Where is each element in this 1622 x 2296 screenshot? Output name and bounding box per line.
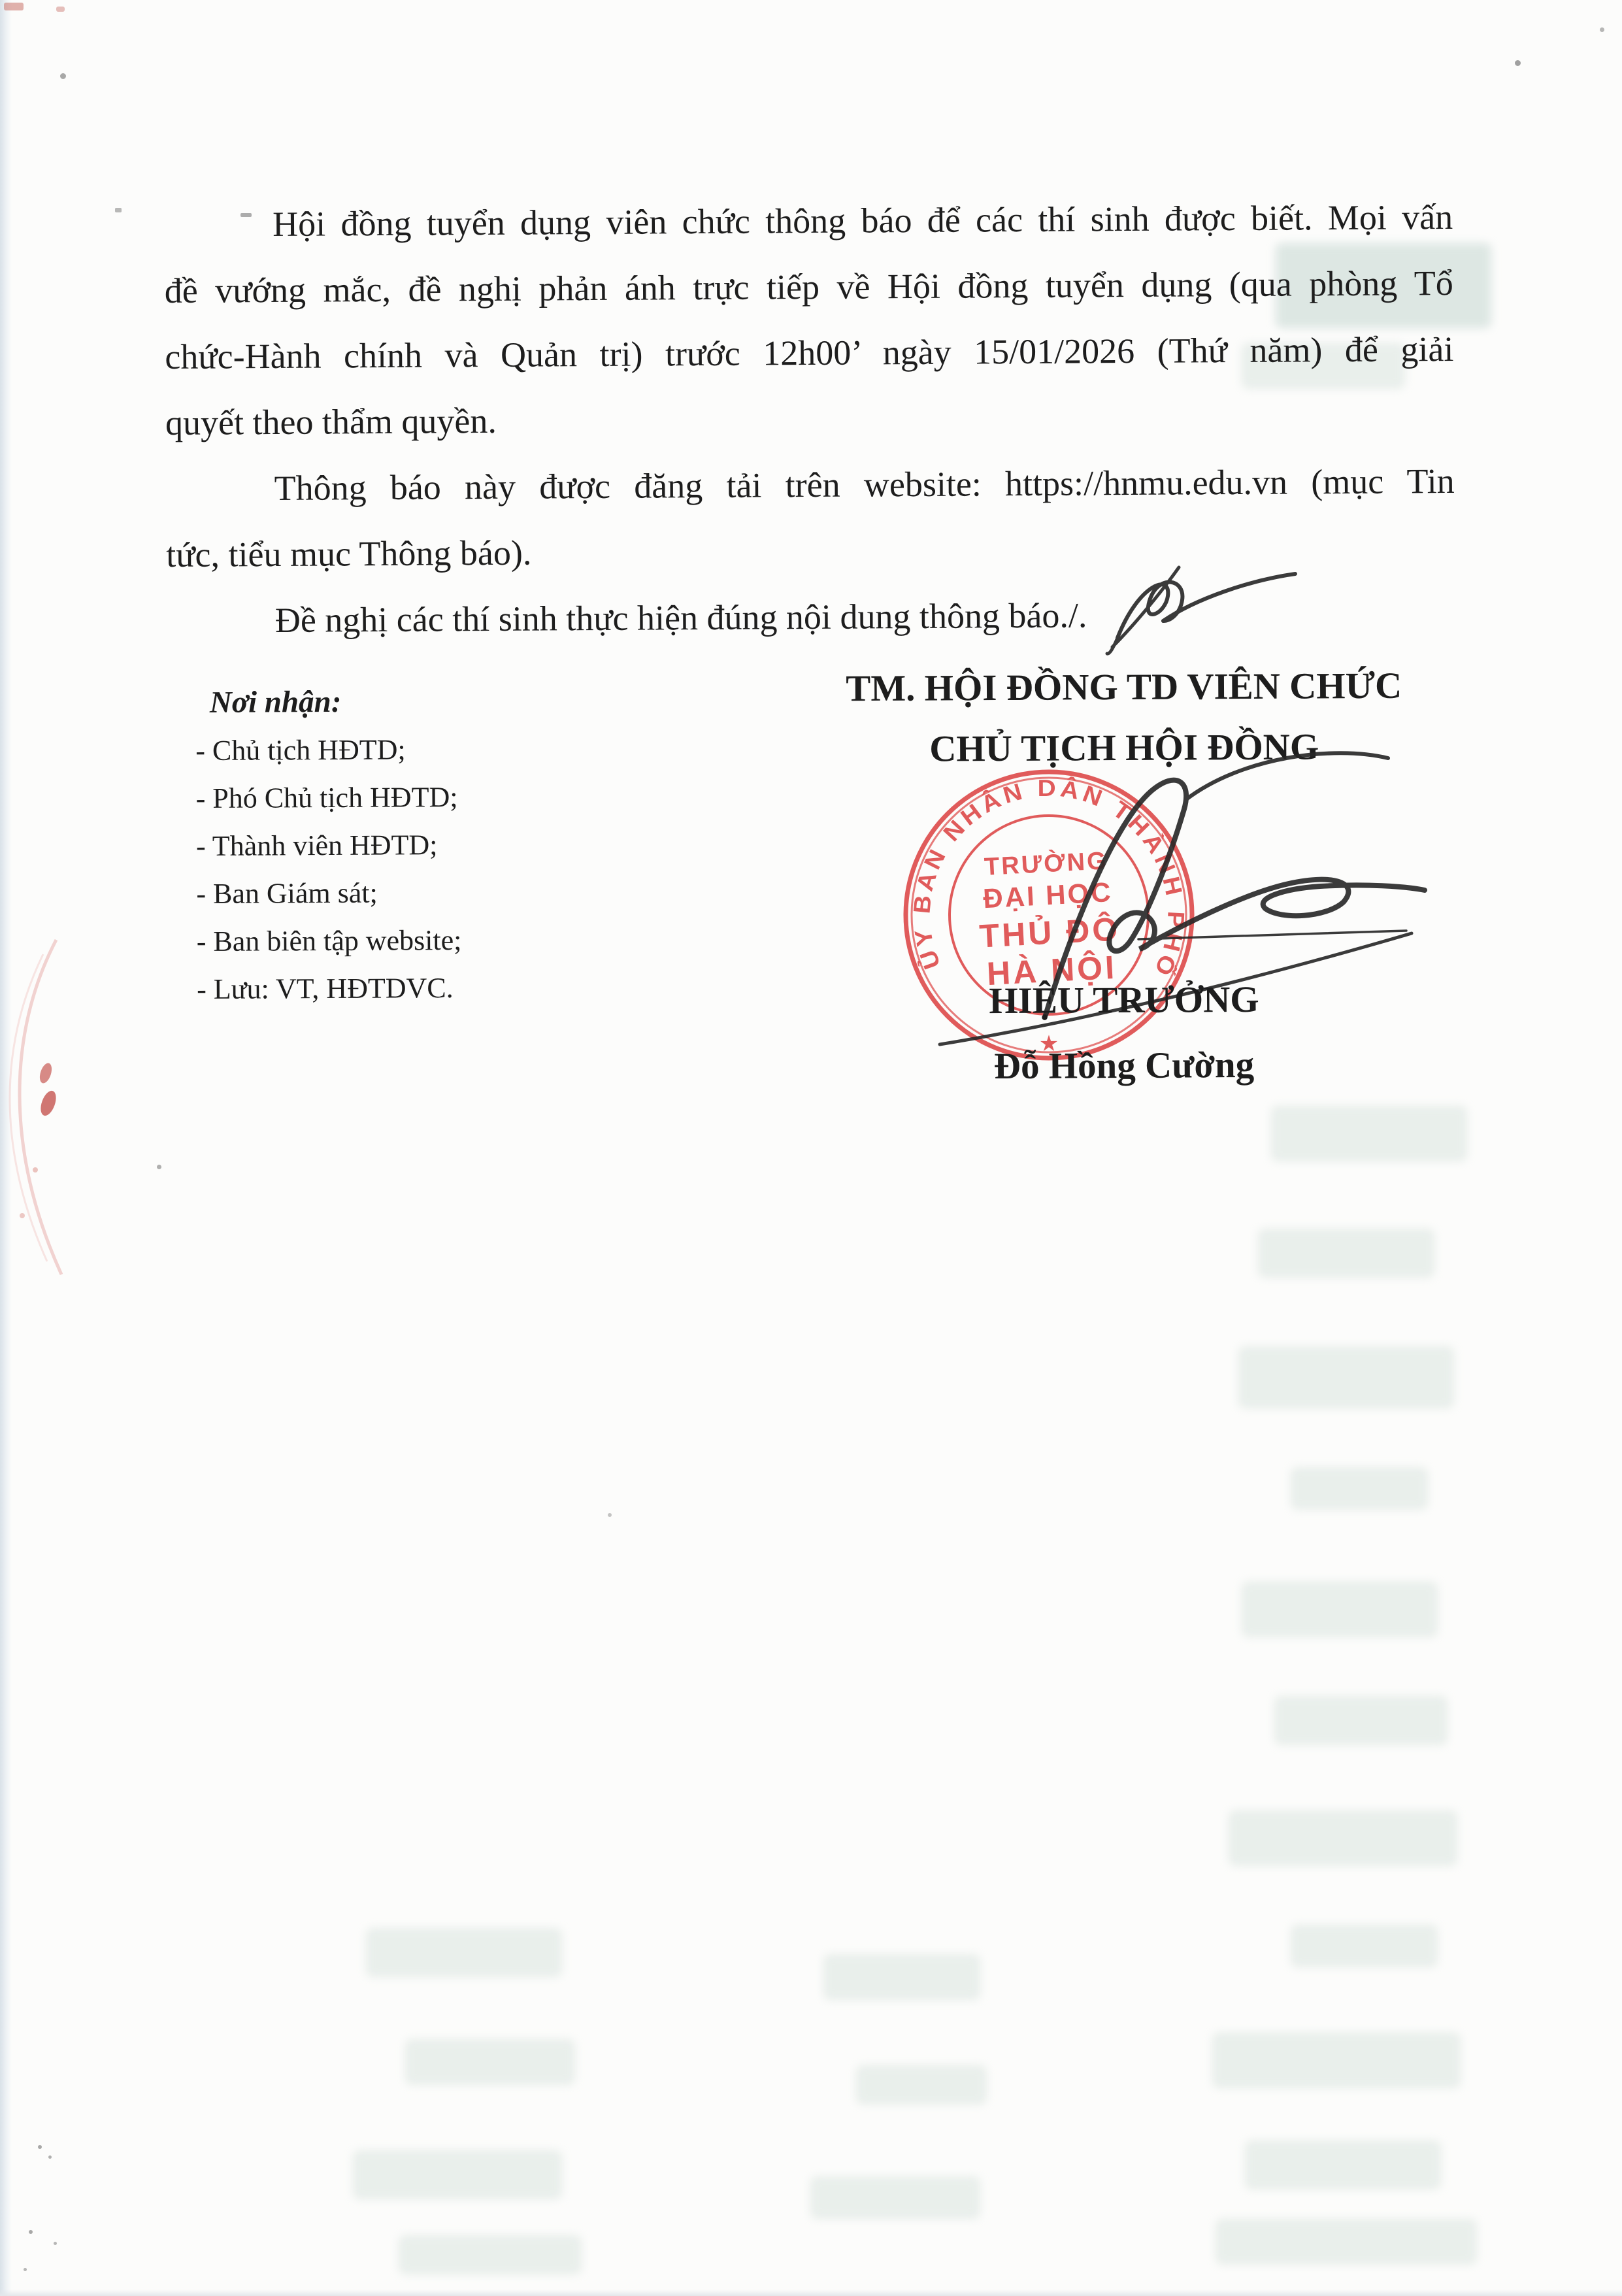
scan-edge-bottom bbox=[0, 2289, 1622, 2296]
scan-speck bbox=[29, 2230, 33, 2234]
paraph-initials bbox=[1098, 556, 1307, 667]
scan-speck bbox=[56, 7, 65, 12]
bleed-through-artifact bbox=[1242, 1582, 1438, 1637]
recipients-header: Nơi nhận: bbox=[195, 678, 461, 727]
bleed-through-artifact bbox=[405, 2039, 575, 2085]
recipient-item: - Ban Giám sát; bbox=[196, 869, 461, 918]
bleed-through-artifact bbox=[399, 2235, 582, 2274]
scan-speck bbox=[1515, 60, 1521, 66]
bleed-through-artifact bbox=[1245, 2140, 1441, 2189]
bleed-through-artifact bbox=[823, 1954, 980, 2000]
body-line: chức-Hành chính và Quản trị) trước 12h00… bbox=[165, 316, 1454, 390]
bleed-through-artifact bbox=[1212, 2033, 1461, 2088]
scan-speck bbox=[60, 73, 66, 79]
bleed-through-artifact bbox=[1258, 1229, 1434, 1278]
body-line: Thông báo này được đăng tải trên website… bbox=[165, 448, 1455, 522]
bleed-through-artifact bbox=[856, 2065, 987, 2105]
recipient-item: - Lưu: VT, HĐTDVC. bbox=[197, 964, 462, 1013]
scan-speck bbox=[38, 2145, 42, 2149]
bleed-through-artifact bbox=[810, 2176, 980, 2219]
scan-speck bbox=[48, 2155, 52, 2159]
body-line: đề vướng mắc, đề nghị phản ánh trực tiếp… bbox=[164, 250, 1453, 324]
signer-name: Đỗ Hồng Cường bbox=[778, 1042, 1470, 1089]
recipient-item: - Phó Chủ tịch HĐTD; bbox=[195, 773, 461, 822]
scanned-document-page: Hội đồng tuyển dụng viên chức thông báo … bbox=[0, 0, 1622, 2296]
bleed-through-artifact bbox=[1291, 1925, 1438, 1967]
signoff-heading-line1: TM. HỘI ĐỒNG TD VIÊN CHỨC bbox=[778, 655, 1470, 720]
scan-speck bbox=[4, 3, 24, 10]
body-line: quyết theo thẩm quyền. bbox=[165, 382, 1455, 456]
scan-speck bbox=[54, 2242, 57, 2245]
scan-speck bbox=[115, 208, 122, 212]
signer-title: HIỆU TRƯỞNG bbox=[778, 977, 1470, 1023]
recipient-item: - Ban biên tập website; bbox=[197, 916, 462, 965]
recipients-block: Nơi nhận: - Chủ tịch HĐTD; - Phó Chủ tịc… bbox=[195, 678, 462, 1013]
recipient-item: - Thành viên HĐTD; bbox=[196, 821, 461, 870]
stamp-bleed-arc bbox=[0, 935, 173, 1281]
bleed-through-artifact bbox=[1291, 1467, 1428, 1510]
bleed-through-artifact bbox=[1229, 1810, 1457, 1866]
body-line: Hội đồng tuyển dụng viên chức thông báo … bbox=[164, 184, 1453, 258]
bleed-through-artifact bbox=[1274, 1696, 1448, 1745]
bleed-through-artifact bbox=[366, 1928, 562, 1977]
signature-ink bbox=[902, 729, 1477, 1095]
bleed-through-artifact bbox=[1216, 2219, 1477, 2265]
bleed-through-artifact bbox=[1238, 1346, 1454, 1408]
bleed-through-artifact bbox=[353, 2150, 562, 2199]
bleed-through-artifact bbox=[1271, 1106, 1467, 1161]
scan-speck bbox=[24, 2268, 27, 2271]
scan-speck bbox=[1600, 27, 1604, 32]
recipient-item: - Chủ tịch HĐTD; bbox=[195, 725, 461, 774]
scan-speck bbox=[608, 1513, 612, 1517]
